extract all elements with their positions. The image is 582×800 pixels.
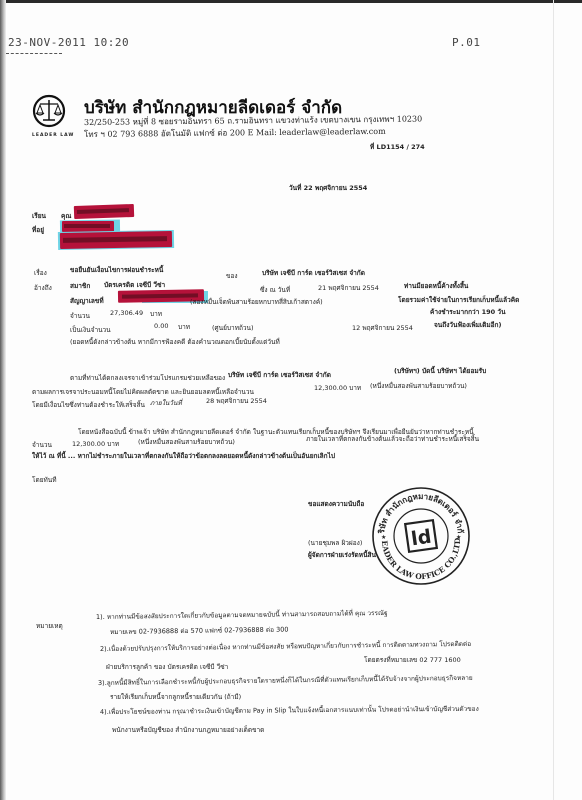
para2-amount-label: จำนวน bbox=[32, 440, 52, 450]
note-item-4-cont: พนักงานหรือบัญชีของ สำนักงานกฎหมายอย่างเ… bbox=[112, 725, 264, 735]
fax-divider bbox=[6, 53, 62, 54]
note-date: 12 พฤศจิกายน 2554 bbox=[352, 323, 413, 333]
fax-document: 23-NOV-2011 10:20 P.01 LEADER LAW บริษัท… bbox=[6, 3, 582, 800]
note-item-2: 2).เนื่องด้วยปรับปรุงการให้บริการอย่างต่… bbox=[100, 639, 471, 654]
svg-text:★: ★ bbox=[456, 534, 461, 541]
subject-label: เรื่อง bbox=[34, 268, 47, 278]
as-of-date: 21 พฤศจิกายน 2554 bbox=[318, 283, 379, 293]
money-label: เป็นเงินจำนวน bbox=[70, 325, 111, 335]
letter-date: วันที่ 22 พฤศจิกายน 2554 bbox=[289, 183, 367, 193]
svg-text:★: ★ bbox=[381, 534, 386, 541]
para1-words: (หนึ่งหมื่นสองพันสามร้อยบาทถ้วน) bbox=[370, 381, 467, 391]
note-item-3-cont: รายให้เรียกเก็บหนี้จากลูกหนี้รายเดียวกัน… bbox=[110, 692, 241, 702]
para2-line-d: โดยทันที bbox=[32, 475, 57, 485]
notes-label: หมายเหตุ bbox=[36, 621, 63, 631]
address-label: ที่อยู่ bbox=[32, 225, 44, 235]
as-of-label: ซึ่ง ณ วันที่ bbox=[260, 285, 290, 295]
amount-words: (สองหมื่นเจ็ดพันสามร้อยหกบาทสี่สิบเก้าสต… bbox=[190, 297, 323, 307]
para1-line-b: (บริษัทฯ) บัดนี้ บริษัทฯ ได้ยอมรับ bbox=[394, 366, 486, 376]
redacted-name bbox=[74, 204, 134, 219]
note-item-2-dept: ฝ่ายบริการลูกค้า ของ บัตรเครดิต เจซีบี ว… bbox=[106, 662, 228, 672]
note-item-3: 3).ลูกหนี้มีสิทธิ์ในการเลือกชำระหนี้กับผ… bbox=[98, 673, 473, 688]
baht-label: บาท bbox=[150, 309, 162, 319]
para2-amount: 12,300.00 บาท bbox=[72, 439, 119, 449]
to-label: เรียน bbox=[32, 211, 46, 221]
creditor-name: บริษัท เจซีบี การ์ด เซอร์วิสเซส จำกัด bbox=[262, 268, 365, 278]
signer-name: (นายชุมพล ผิวผ่อง) bbox=[308, 538, 362, 548]
subject-text: ขอยืนยันเงื่อนไขการผ่อนชำระหนี้ bbox=[70, 265, 163, 275]
para1-line-d: โดยมีเงื่อนไขซึ่งท่านต้องชำระให้เสร็จสิ้… bbox=[32, 400, 145, 410]
reference-label: อ้างถึง bbox=[34, 283, 52, 293]
note-item-4: 4).เพื่อประโยชน์ของท่าน กรุณาชำระเงินเข้… bbox=[100, 704, 479, 717]
para1-within: ภายในวันที่ bbox=[150, 398, 182, 408]
redacted-address-line-2 bbox=[60, 231, 172, 249]
reference-number: ที่ LD1154 / 274 bbox=[370, 142, 425, 152]
para1-deadline: 28 พฤศจิกายน 2554 bbox=[206, 396, 267, 406]
contract-label: สัญญาเลขที่ bbox=[70, 296, 104, 306]
of-label: ของ bbox=[226, 271, 238, 281]
baht-label-2: บาท bbox=[178, 322, 190, 332]
para1-company: บริษัท เจซีบี การ์ด เซอร์วิสเซส จำกัด bbox=[228, 370, 331, 380]
para1-amount: 12,300.00 บาท bbox=[314, 383, 361, 393]
member-label: สมาชิก bbox=[70, 281, 90, 291]
note-item-2-phone: โดยตรงที่หมายเลข 02 777 1600 bbox=[364, 655, 461, 665]
scales-of-justice-logo-icon bbox=[28, 92, 70, 134]
stamp-monogram: ld bbox=[410, 526, 433, 551]
para2-line-b: ภายในเวลาที่ตกลงกันข้างต้นแล้วจะถือว่าท่… bbox=[306, 434, 479, 444]
note-item-1-contact: หมายเลข 02-7936888 ต่อ 570 แฟกซ์ 02-7936… bbox=[110, 625, 289, 637]
note-item-1: 1). หากท่านมีข้อสงสัยประการใดเกี่ยวกับข้… bbox=[96, 608, 388, 622]
para1-line-a: ตามที่ท่านได้ตกลงเจรจาเข้าร่วมโปรแกรมช่ว… bbox=[70, 373, 225, 383]
para2-line-c: ให้ไว้ ณ ที่นี้ ... หากไม่ชำระภายในเวลาท… bbox=[32, 451, 335, 461]
fax-page-number: P.01 bbox=[452, 36, 481, 49]
closing-text: ขอแสดงความนับถือ bbox=[308, 499, 364, 509]
signer-title: ผู้จัดการฝ่ายเร่งรัดหนี้สิน bbox=[308, 550, 376, 560]
until-label: จนถึงวันฟ้องเพิ่มเติมอีก) bbox=[434, 320, 501, 330]
outstanding-label: ท่านมียอดหนี้ค้างทั้งสิ้น bbox=[404, 281, 468, 291]
company-contact: โทร ฯ 02 793 6888 อัตโนมัติ แฟกซ์ ต่อ 20… bbox=[84, 125, 386, 141]
company-seal-stamp-icon: บริษัท สำนักกฎหมายลีดเดอร์ จำกัด LEADER … bbox=[370, 485, 472, 587]
note-line: (ยอดหนี้ดังกล่าวข้างต้น หากมีการฟ้องคดี … bbox=[70, 337, 280, 347]
para2-words: (หนึ่งหมื่นสองพันสามร้อยบาทถ้วน) bbox=[138, 437, 235, 447]
outstanding-amount: 27,306.49 bbox=[110, 309, 143, 317]
amount-label: จำนวน bbox=[70, 311, 90, 321]
card-type: บัตรเครดิต เจซีบี วีซ่า bbox=[104, 280, 165, 290]
logo-caption: LEADER LAW bbox=[32, 133, 74, 138]
fax-timestamp: 23-NOV-2011 10:20 bbox=[8, 36, 129, 49]
fees-note: โดยรวมค่าใช้จ่ายในการเรียกเก็บหนี้แล้วคิ… bbox=[398, 295, 519, 305]
interest-amount: 0.00 bbox=[154, 322, 168, 330]
interest-words: (ศูนย์บาทถ้วน) bbox=[212, 323, 254, 333]
overdue-text: ค้างชำระมากกว่า 190 วัน bbox=[430, 307, 506, 317]
